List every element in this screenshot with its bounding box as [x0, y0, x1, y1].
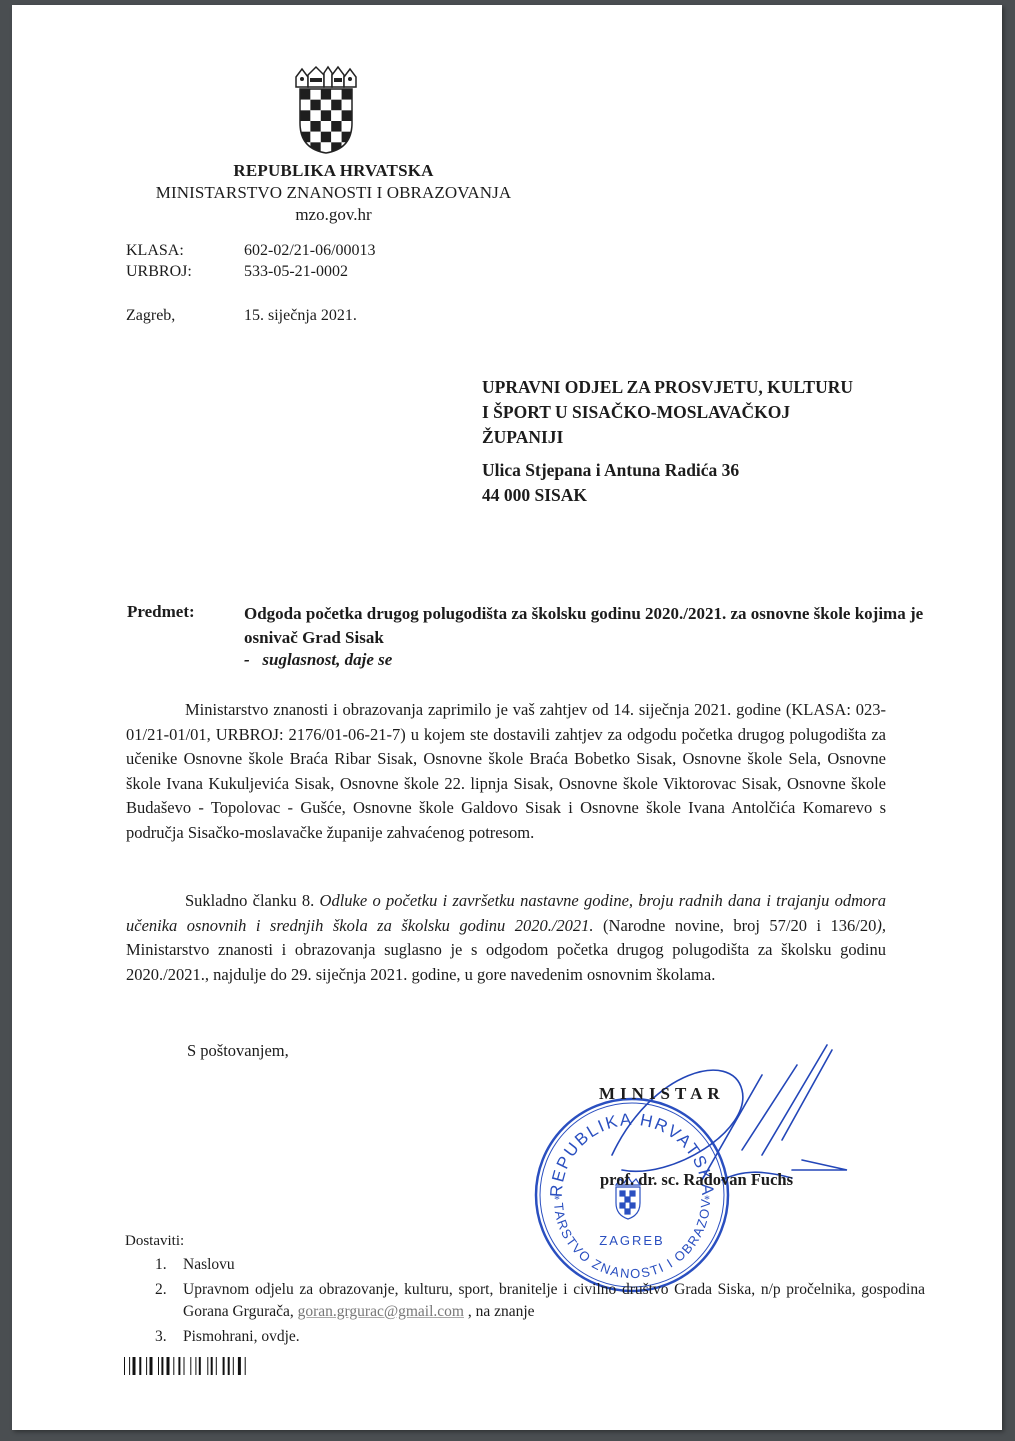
paragraph-text: (Narodne novine, broj 57/20 i 136/20	[594, 916, 877, 935]
subject-text: Odgoda početka drugog polugodišta za ško…	[244, 602, 924, 650]
klasa-label: KLASA:	[126, 242, 184, 260]
place-label: Zagreb,	[126, 307, 175, 325]
paragraph-text: Sukladno članku 8.	[185, 891, 320, 910]
item-text: Pismohrani, ovdje.	[183, 1326, 925, 1348]
subject-note: - suglasnost, daje se	[244, 650, 392, 670]
distribution-item: 3. Pismohrani, ovdje.	[155, 1326, 925, 1348]
klasa-value: 602-02/21-06/00013	[244, 242, 376, 260]
item-number: 1.	[155, 1254, 183, 1276]
minister-name: prof. dr. sc. Radovan Fuchs	[600, 1170, 793, 1190]
paragraph-text: Ministarstvo znanosti i obrazovanja sugl…	[126, 940, 886, 984]
croatian-coat-of-arms-icon	[290, 63, 362, 155]
item-text: Upravnom odjelu za obrazovanje, kulturu,…	[183, 1279, 925, 1323]
item-number: 3.	[155, 1326, 183, 1348]
urbroj-label: URBROJ:	[126, 263, 192, 281]
distribution-label: Dostaviti:	[125, 1233, 184, 1250]
distribution-item: 1. Naslovu	[155, 1254, 925, 1276]
document-date: 15. siječnja 2021.	[244, 307, 357, 325]
country-name: REPUBLIKA HRVATSKA	[112, 161, 555, 181]
urbroj-value: 533-05-21-0002	[244, 263, 348, 281]
distribution-item: 2. Upravnom odjelu za obrazovanje, kultu…	[155, 1279, 925, 1323]
recipient-address: Ulica Stjepana i Antuna Radića 36 44 000…	[482, 458, 739, 508]
distribution-list: 1. Naslovu 2. Upravnom odjelu za obrazov…	[155, 1254, 925, 1348]
recipient-street: Ulica Stjepana i Antuna Radića 36	[482, 458, 739, 483]
item-text: Naslovu	[183, 1254, 925, 1276]
svg-text:*: *	[554, 1192, 560, 1206]
body-paragraph-2: Sukladno članku 8. Odluke o početku i za…	[126, 889, 886, 987]
email-link[interactable]: goran.grgurac@gmail.com	[298, 1303, 464, 1320]
paragraph-text: ),	[876, 916, 886, 935]
ministry-website: mzo.gov.hr	[112, 205, 555, 225]
closing-salutation: S poštovanjem,	[187, 1041, 289, 1061]
minister-title: MINISTAR	[599, 1084, 725, 1104]
item-text-part: Upravnom odjelu za obrazovanje, kulturu,…	[183, 1281, 925, 1320]
subject-label: Predmet:	[127, 602, 195, 622]
recipient-line: I ŠPORT U SISAČKO-MOSLAVAČKOJ	[482, 400, 853, 425]
ministry-name: MINISTARSTVO ZNANOSTI I OBRAZOVANJA	[112, 183, 555, 203]
item-text-part: , na znanje	[464, 1303, 535, 1320]
paragraph-text: Ministarstvo znanosti i obrazovanja zapr…	[126, 700, 886, 842]
recipient-line: UPRAVNI ODJEL ZA PROSVJETU, KULTURU	[482, 375, 853, 400]
item-number: 2.	[155, 1279, 183, 1323]
svg-text:ZAGREB: ZAGREB	[599, 1233, 664, 1248]
document-page: REPUBLIKA HRVATSKA MINISTARSTVO ZNANOSTI…	[12, 5, 1002, 1430]
recipient-block: UPRAVNI ODJEL ZA PROSVJETU, KULTURU I ŠP…	[482, 375, 853, 450]
barcode-icon	[124, 1357, 282, 1375]
recipient-city: 44 000 SISAK	[482, 483, 739, 508]
recipient-line: ŽUPANIJI	[482, 425, 853, 450]
body-paragraph-1: Ministarstvo znanosti i obrazovanja zapr…	[126, 698, 886, 845]
